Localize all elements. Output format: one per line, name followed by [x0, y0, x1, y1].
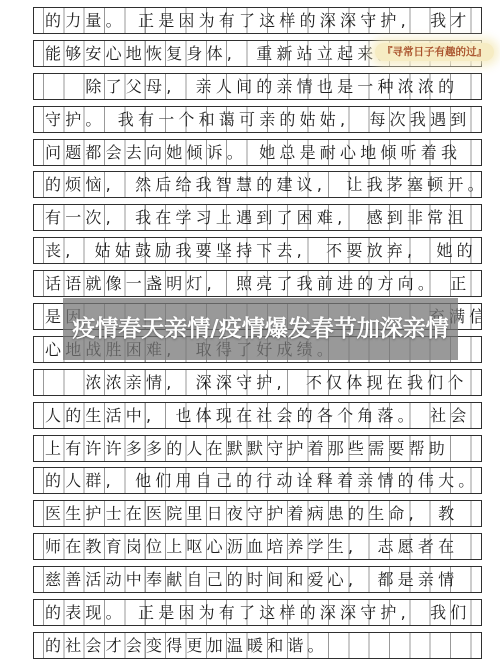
- manuscript-row: 的力量。 正是因为有了这样的深深守护, 我才: [33, 7, 482, 34]
- row-text: 话语就像一盏明灯, 照亮了我前进的方向。 正: [34, 271, 481, 296]
- manuscript-row: 的社会才会变得更加温暖和谐。: [33, 632, 482, 659]
- manuscript-row: 人的生活中, 也体现在社会的各个角落。 社会: [33, 402, 482, 429]
- row-text: 医生护士在医院里日夜守护着病患的生命, 教: [34, 501, 481, 526]
- manuscript-row: 慈善活动中奉献自己的时间和爱心, 都是亲情: [33, 566, 482, 593]
- row-text: 浓浓亲情, 深深守护, 不仅体现在我们个: [34, 370, 481, 395]
- row-text: 上有许许多多的人在默默守护着那些需要帮助: [34, 436, 481, 461]
- manuscript-row: 浓浓亲情, 深深守护, 不仅体现在我们个: [33, 369, 482, 396]
- row-text: 除了父母, 亲人间的亲情也是一种浓浓的: [34, 74, 481, 99]
- manuscript-row: 守护。 我有一个和蔼可亲的姑姑, 每次我遇到: [33, 106, 482, 133]
- title-overlay-banner: 疫情春天亲情/疫情爆发春节加深亲情: [63, 298, 458, 360]
- row-text: 师在教育岗位上呕心沥血培养学生, 志愿者在: [34, 534, 481, 559]
- manuscript-row: 医生护士在医院里日夜守护着病患的生命, 教: [33, 500, 482, 527]
- row-text: 慈善活动中奉献自己的时间和爱心, 都是亲情: [34, 567, 481, 592]
- manuscript-row: 话语就像一盏明灯, 照亮了我前进的方向。 正: [33, 270, 482, 297]
- row-text: 的表现。 正是因为有了这样的深深守护, 我们: [34, 600, 481, 625]
- row-text: 人的生活中, 也体现在社会的各个角落。 社会: [34, 403, 481, 428]
- row-text: 有一次, 我在学习上遇到了困难, 感到非常沮: [34, 205, 481, 230]
- watermark-badge: 『寻常日子有趣的过』: [375, 43, 494, 61]
- row-text: 守护。 我有一个和蔼可亲的姑姑, 每次我遇到: [34, 107, 481, 132]
- manuscript-row: 问题都会去向她倾诉。 她总是耐心地倾听着我: [33, 139, 482, 166]
- manuscript-row: 的表现。 正是因为有了这样的深深守护, 我们: [33, 599, 482, 626]
- row-text: 问题都会去向她倾诉。 她总是耐心地倾听着我: [34, 140, 481, 165]
- row-text: 的社会才会变得更加温暖和谐。: [34, 633, 481, 658]
- manuscript-row: 丧, 姑姑鼓励我要坚持下去, 不要放弃, 她的: [33, 237, 482, 264]
- row-text: 的力量。 正是因为有了这样的深深守护, 我才: [34, 8, 481, 33]
- row-text: 的烦恼, 然后给我智慧的建议, 让我茅塞顿开。: [34, 172, 481, 197]
- page-background: { "paper": { "rows": [ "的力量。 正是因为有了这样的深深…: [0, 0, 500, 666]
- watermark-text: 『寻常日子有趣的过』: [382, 46, 487, 58]
- row-text: 的人群, 他们用自己的行动诠释着亲情的伟大。: [34, 468, 481, 493]
- manuscript-row: 除了父母, 亲人间的亲情也是一种浓浓的: [33, 73, 482, 100]
- manuscript-row: 师在教育岗位上呕心沥血培养学生, 志愿者在: [33, 533, 482, 560]
- row-text: 丧, 姑姑鼓励我要坚持下去, 不要放弃, 她的: [34, 238, 481, 263]
- manuscript-row: 的烦恼, 然后给我智慧的建议, 让我茅塞顿开。: [33, 171, 482, 198]
- manuscript-row: 上有许许多多的人在默默守护着那些需要帮助: [33, 435, 482, 462]
- overlay-title-text: 疫情春天亲情/疫情爆发春节加深亲情: [72, 314, 448, 344]
- manuscript-row: 的人群, 他们用自己的行动诠释着亲情的伟大。: [33, 467, 482, 494]
- manuscript-row: 有一次, 我在学习上遇到了困难, 感到非常沮: [33, 204, 482, 231]
